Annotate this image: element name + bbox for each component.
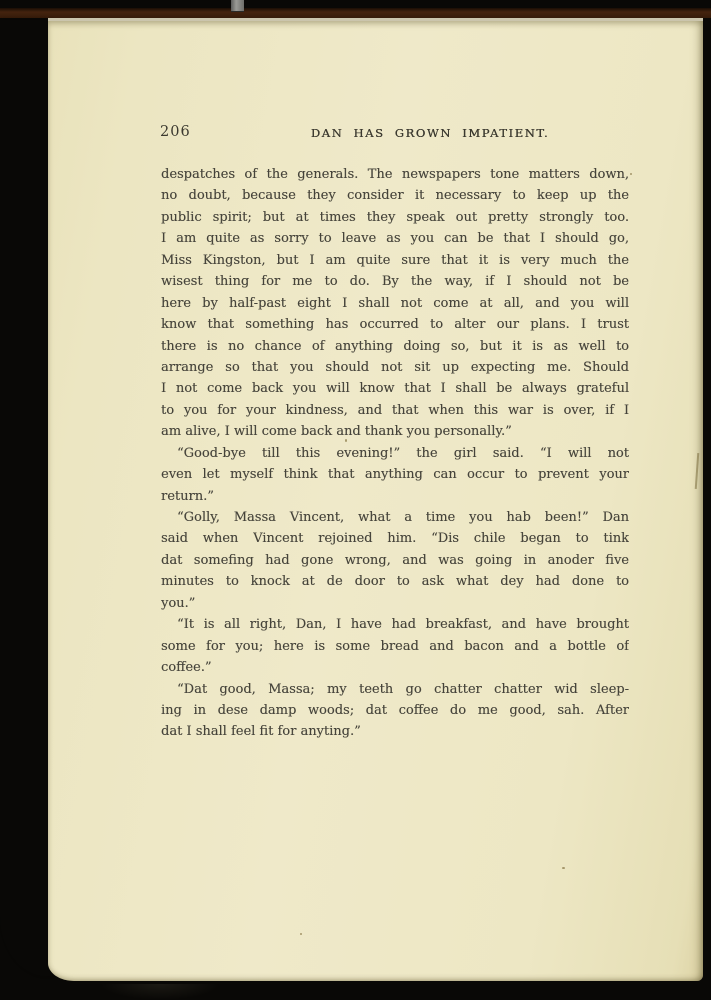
text-line: am alive, I will come back and thank you… (161, 421, 629, 442)
paper-speck (562, 867, 565, 869)
text-line: “Dat good, Massa; my teeth go chatter ch… (161, 679, 629, 700)
body-text: despatches of the generals. The newspape… (161, 164, 629, 743)
text-line: minutes to knock at de door to ask what … (161, 571, 629, 592)
text-line: return.” (161, 486, 629, 507)
text-line: I not come back you will know that I sha… (161, 378, 629, 399)
running-head: 206 DAN HAS GROWN IMPATIENT. (160, 124, 630, 146)
book-page: 206 DAN HAS GROWN IMPATIENT. despatches … (48, 18, 703, 981)
text-line: here by half-past eight I shall not come… (161, 293, 629, 314)
metal-clip (231, 0, 244, 12)
text-line: public spirit; but at times they speak o… (161, 207, 629, 228)
text-line: coffee.” (161, 657, 629, 678)
text-line: despatches of the generals. The newspape… (161, 164, 629, 185)
text-line: wisest thing for me to do. By the way, i… (161, 271, 629, 292)
paper-speck (300, 933, 302, 935)
text-line: ing in dese damp woods; dat coffee do me… (161, 700, 629, 721)
page-number: 206 (160, 124, 191, 140)
text-line: you.” (161, 593, 629, 614)
text-line: “It is all right, Dan, I have had breakf… (161, 614, 629, 635)
book-top-edge (0, 8, 711, 18)
text-line: to you for your kindness, and that when … (161, 400, 629, 421)
page-edge-crease (695, 453, 700, 489)
fanned-page-edges (0, 20, 52, 976)
book-photo: 206 DAN HAS GROWN IMPATIENT. despatches … (0, 0, 711, 1000)
text-line: “Golly, Massa Vincent, what a time you h… (161, 507, 629, 528)
text-line: dat I shall feel fit for anyting.” (161, 721, 629, 742)
text-line: I am quite as sorry to leave as you can … (161, 228, 629, 249)
paper-speck (345, 439, 347, 442)
running-header-title: DAN HAS GROWN IMPATIENT. (230, 126, 630, 140)
text-line: said when Vincent rejoined him. “Dis chi… (161, 528, 629, 549)
text-line: know that something has occurred to alte… (161, 314, 629, 335)
book-support-shadow (100, 984, 220, 1000)
text-line: “Good-bye till this evening!” the girl s… (161, 443, 629, 464)
text-line: arrange so that you should not sit up ex… (161, 357, 629, 378)
paper-speck (630, 173, 632, 175)
text-line: Miss Kingston, but I am quite sure that … (161, 250, 629, 271)
text-line: some for you; here is some bread and bac… (161, 636, 629, 657)
text-line: even let myself think that anything can … (161, 464, 629, 485)
text-line: dat somefing had gone wrong, and was goi… (161, 550, 629, 571)
text-line: no doubt, because they consider it neces… (161, 185, 629, 206)
text-line: there is no chance of anything doing so,… (161, 336, 629, 357)
